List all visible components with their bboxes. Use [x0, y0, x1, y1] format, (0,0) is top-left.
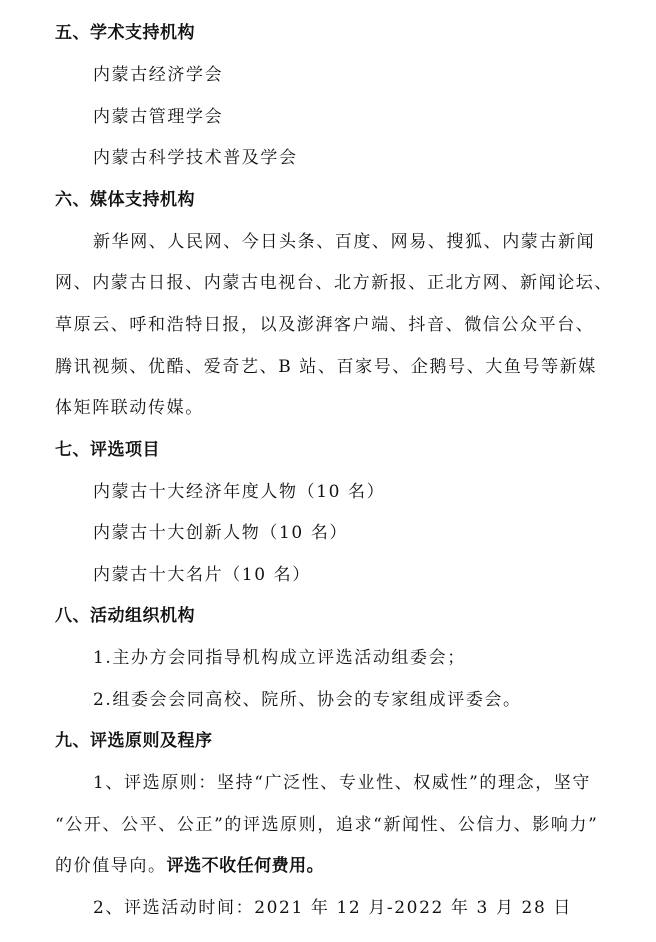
org-item-1: 1.主办方会同指导机构成立评选活动组委会；: [93, 647, 466, 669]
academic-org-3: 内蒙古科学技术普及学会: [93, 147, 298, 169]
section-5-heading: 五、学术支持机构: [55, 22, 195, 44]
academic-org-2: 内蒙古管理学会: [93, 106, 223, 128]
event-time: 2、评选活动时间：2021 年 12 月-2022 年 3 月 28 日: [93, 897, 572, 919]
section-6-heading: 六、媒体支持机构: [55, 189, 195, 211]
org-item-2: 2.组委会会同高校、院所、协会的专家组成评委会。: [93, 689, 522, 711]
award-item-1: 内蒙古十大经济年度人物（10 名）: [93, 481, 385, 503]
award-item-3: 内蒙古十大名片（10 名）: [93, 564, 311, 586]
principle-line-2: “公开、公平、公正”的评选原则，追求“新闻性、公信力、影响力”: [55, 814, 598, 836]
section-8-heading: 八、活动组织机构: [55, 605, 195, 627]
academic-org-1: 内蒙古经济学会: [93, 64, 223, 86]
no-fee-statement: 评选不收任何费用。: [167, 856, 325, 876]
media-line-5: 体矩阵联动传媒。: [55, 397, 204, 419]
award-item-2: 内蒙古十大创新人物（10 名）: [93, 522, 348, 544]
media-line-3: 草原云、呼和浩特日报，以及澎湃客户端、抖音、微信公众平台、: [55, 314, 594, 336]
media-line-2: 网、内蒙古日报、内蒙古电视台、北方新报、正北方网、新闻论坛、: [55, 272, 613, 294]
section-9-heading: 九、评选原则及程序: [55, 730, 213, 752]
section-7-heading: 七、评选项目: [55, 439, 160, 461]
principle-line-3: 的价值导向。评选不收任何费用。: [55, 855, 324, 877]
media-line-1: 新华网、人民网、今日头条、百度、网易、搜狐、内蒙古新闻: [93, 231, 595, 253]
principle-line-1: 1、评选原则：坚持“广泛性、专业性、权威性”的理念，坚守: [93, 772, 591, 794]
principle-text: 的价值导向。: [55, 856, 167, 876]
media-line-4: 腾讯视频、优酷、爱奇艺、B 站、百家号、企鹅号、大鱼号等新媒: [55, 356, 597, 378]
